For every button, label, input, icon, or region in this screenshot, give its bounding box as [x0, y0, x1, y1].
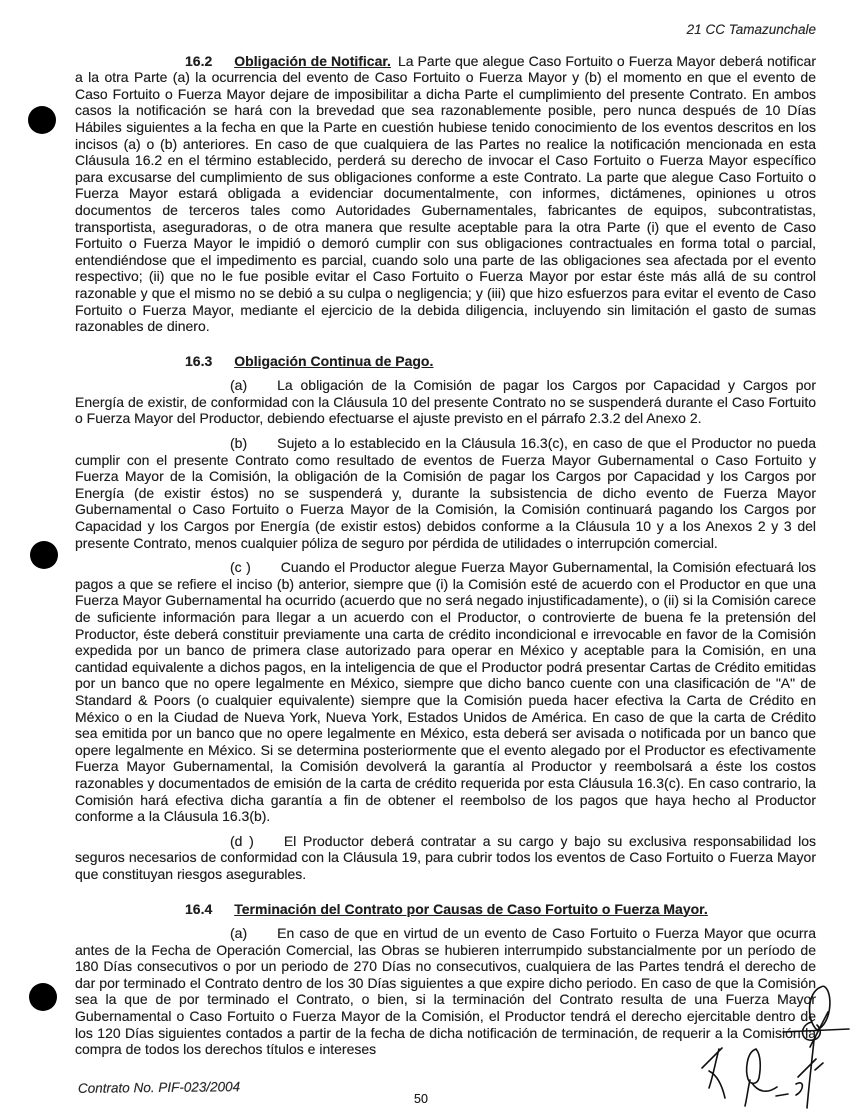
paragraph-16-3-a: (a)La obligación de la Comisión de pagar…	[75, 377, 816, 427]
paragraph-label: (d )	[230, 833, 254, 849]
paragraph-text: Sujeto a lo establecido en la Cláusula 1…	[75, 435, 816, 551]
hole-punch-mark-bottom	[29, 983, 57, 1011]
paragraph-label: (a)	[230, 925, 247, 941]
hole-punch-mark-middle	[30, 541, 58, 569]
section-number: 16.2	[185, 53, 212, 69]
section-number: 16.4	[185, 901, 212, 917]
section-title: Terminación del Contrato por Causas de C…	[234, 901, 707, 917]
scanned-contract-page: 21 CC Tamazunchale 16.2Obligación de Not…	[0, 0, 850, 1110]
paragraph-label: (a)	[230, 377, 247, 393]
paragraph-16-3-c: (c )Cuando el Productor alegue Fuerza Ma…	[75, 559, 816, 825]
section-number: 16.3	[185, 353, 212, 369]
section-16-2: 16.2Obligación de Notificar.La Parte que…	[75, 53, 816, 335]
paragraph-16-3-d: (d )El Productor deberá contratar a su c…	[75, 833, 816, 883]
page-content: 21 CC Tamazunchale 16.2Obligación de Not…	[75, 22, 816, 1058]
paragraph-text: El Productor deberá contratar a su cargo…	[75, 833, 816, 882]
paragraph-text: Cuando el Productor alegue Fuerza Mayor …	[75, 559, 816, 824]
section-title: Obligación de Notificar.	[234, 53, 391, 69]
paragraph-text: La obligación de la Comisión de pagar lo…	[75, 377, 816, 426]
section-title: Obligación Continua de Pago.	[234, 353, 433, 369]
hole-punch-mark-top	[28, 106, 56, 134]
section-16-4-heading: 16.4Terminación del Contrato por Causas …	[75, 901, 816, 918]
paragraph-16-3-b: (b)Sujeto a lo establecido en la Cláusul…	[75, 435, 816, 551]
paragraph-label: (c )	[230, 559, 251, 575]
page-header: 21 CC Tamazunchale	[75, 22, 816, 39]
section-16-3-heading: 16.3Obligación Continua de Pago.	[75, 353, 816, 370]
footer-page-number: 50	[0, 1091, 850, 1108]
section-body-text: La Parte que alegue Caso Fortuito o Fuer…	[75, 53, 816, 335]
paragraph-label: (b)	[230, 435, 247, 451]
